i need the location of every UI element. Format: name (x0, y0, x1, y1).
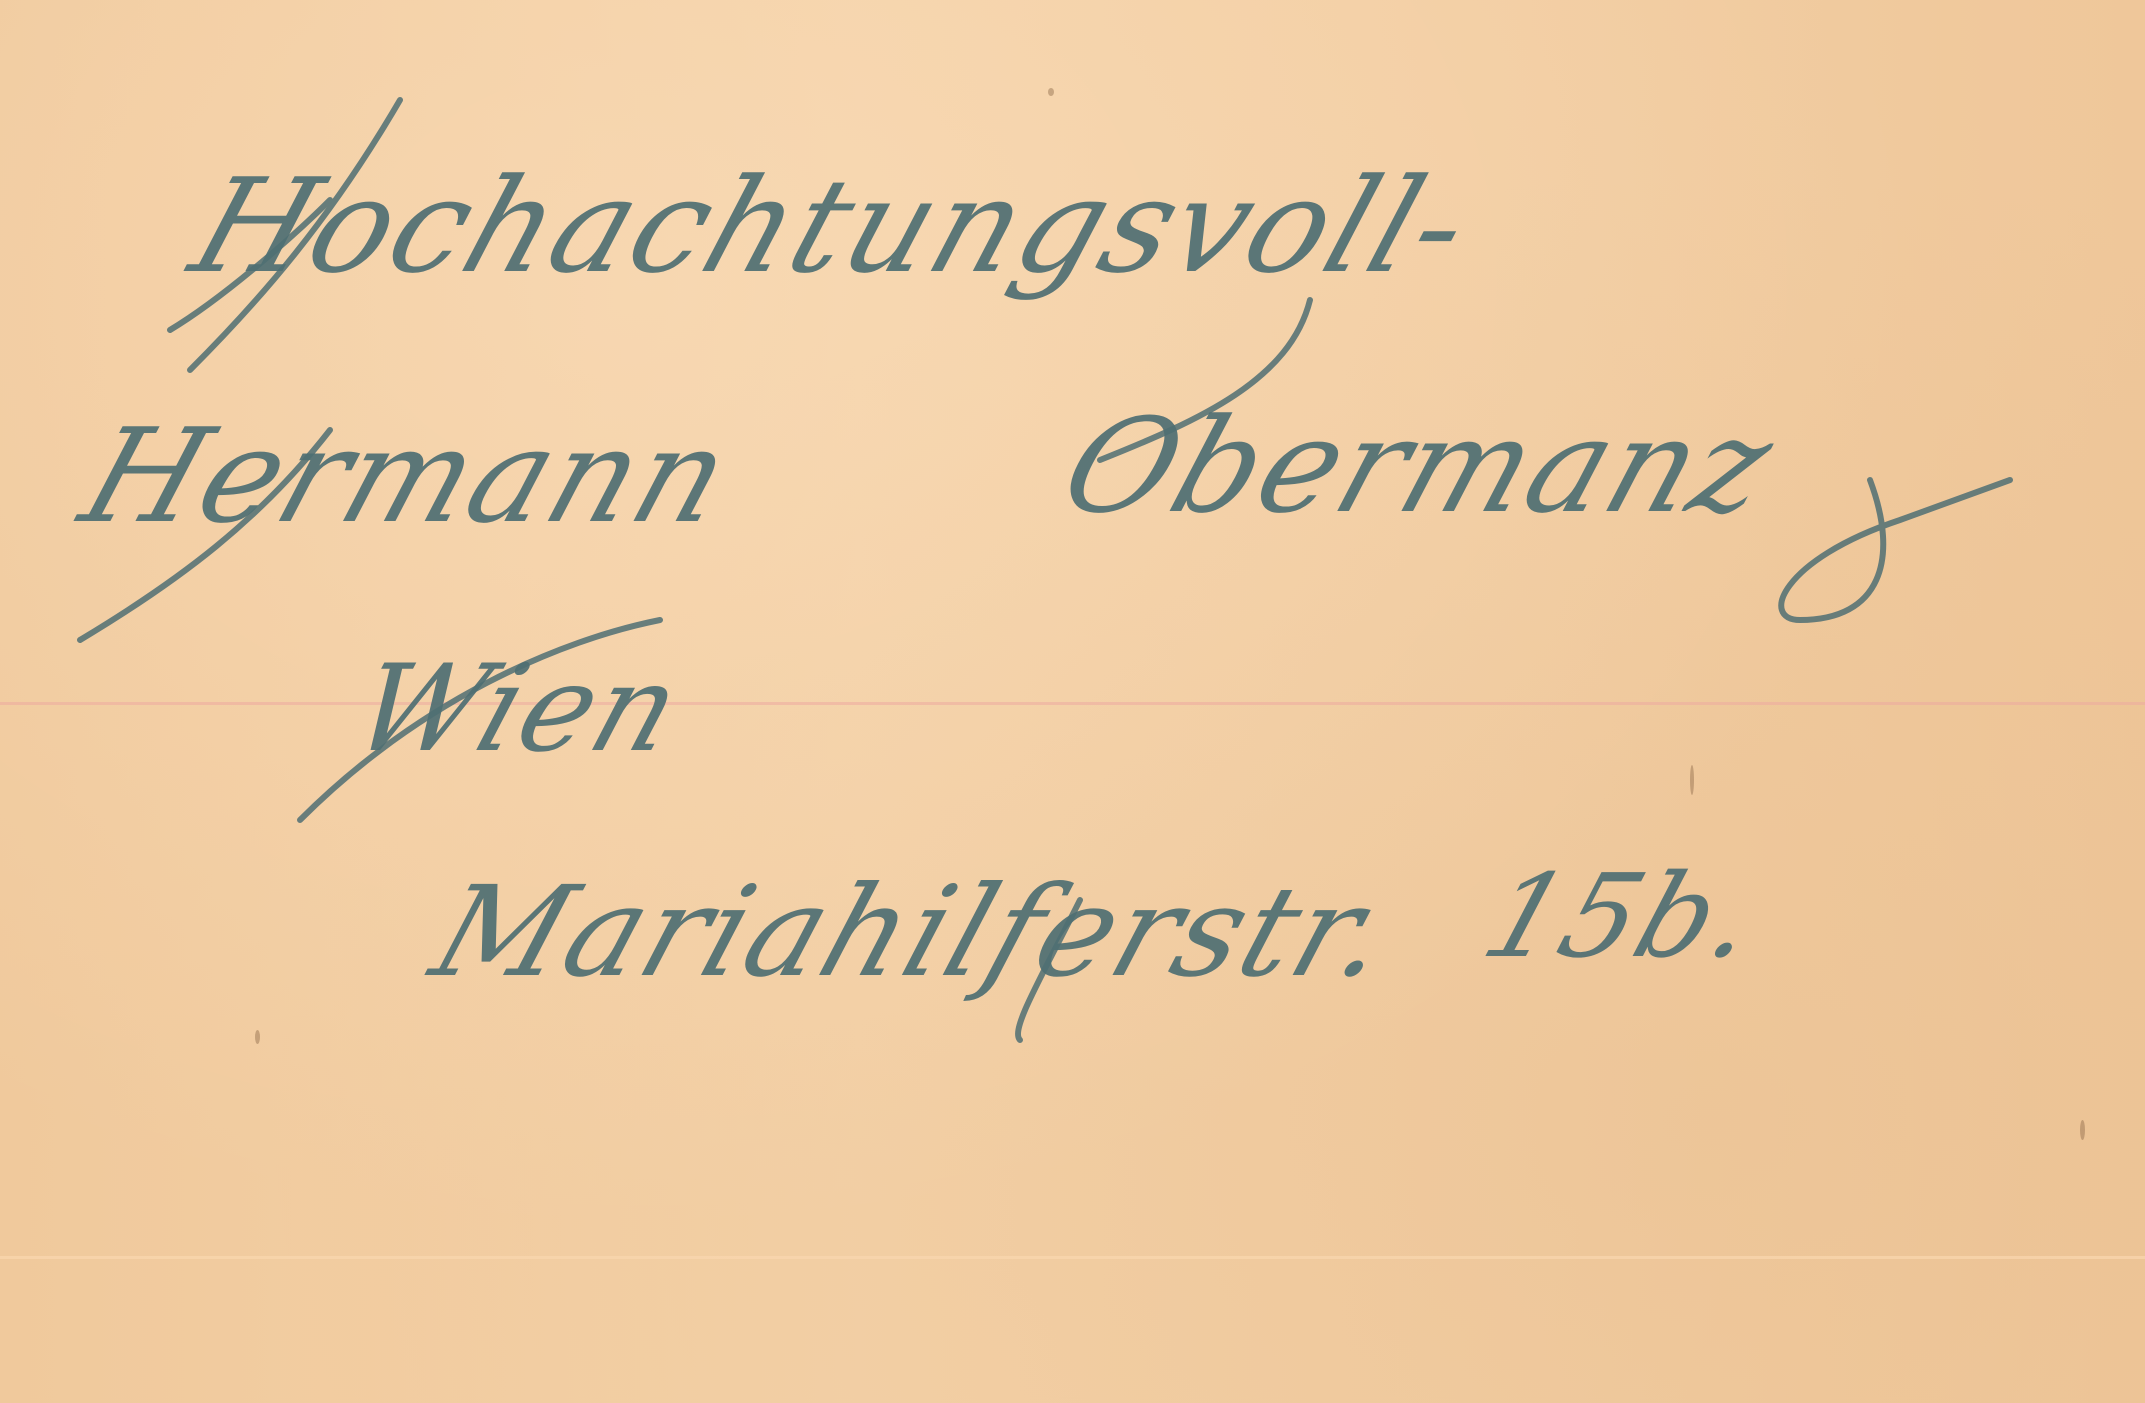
greeting-line: Hochachtungsvoll- (175, 150, 1489, 302)
paper-speck (2080, 1120, 2085, 1140)
first-name: Hermann (65, 400, 749, 552)
paper-speck (1690, 765, 1694, 795)
paper-speck (255, 1030, 260, 1044)
city-line: Wien (337, 640, 698, 779)
paper-speck (1048, 88, 1054, 96)
ruled-line-pink (0, 702, 2145, 705)
ruled-line-pale (0, 1256, 2145, 1259)
house-number: 15b. (1468, 850, 1776, 984)
street-line: Mariahilferstr. (416, 860, 1410, 1005)
last-name: Obermanz (1045, 390, 1792, 542)
